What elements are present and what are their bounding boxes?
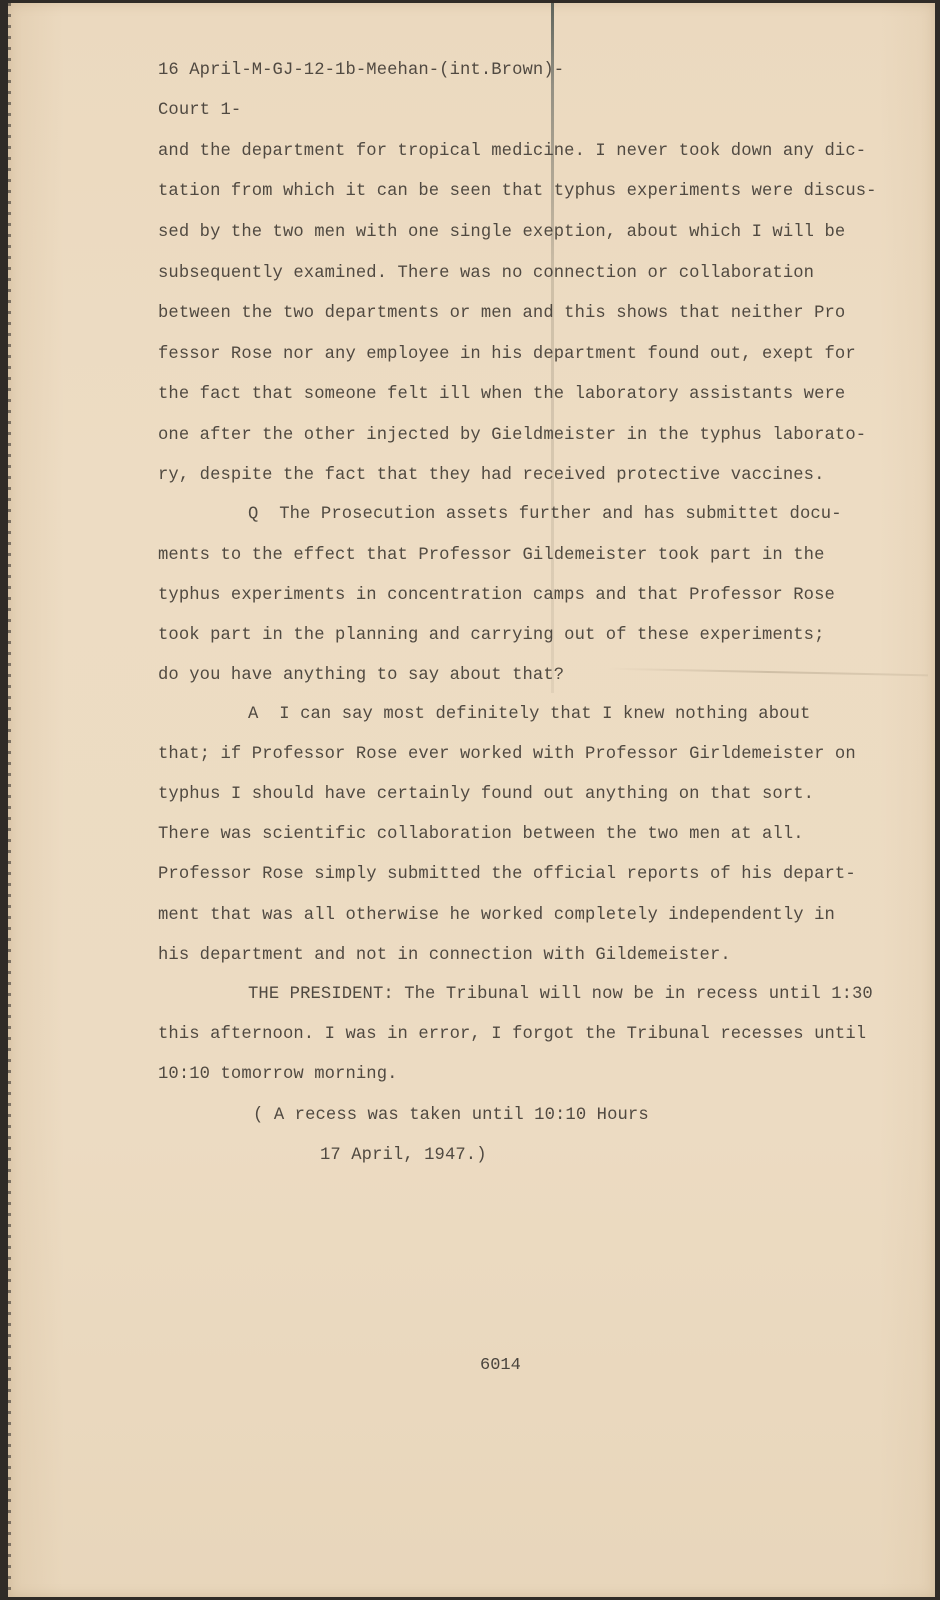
president-line: THE PRESIDENT: The Tribunal will now be … bbox=[158, 985, 873, 1004]
paper-crease bbox=[608, 668, 928, 677]
question-line: typhus experiments in concentration camp… bbox=[158, 586, 835, 605]
recess-note-date: 17 April, 1947.) bbox=[158, 1146, 487, 1165]
page-number: 6014 bbox=[480, 1356, 521, 1375]
body-line: and the department for tropical medicine… bbox=[158, 142, 866, 161]
header-line: 16 April-M-GJ-12-1b-Meehan-(int.Brown)- bbox=[158, 61, 564, 80]
scanned-page: 16 April-M-GJ-12-1b-Meehan-(int.Brown)- … bbox=[0, 0, 940, 1600]
body-line: between the two departments or men and t… bbox=[158, 304, 845, 323]
president-line: 10:10 tomorrow morning. bbox=[158, 1065, 398, 1084]
body-line: tation from which it can be seen that ty… bbox=[158, 182, 877, 201]
recess-note-line: ( A recess was taken until 10:10 Hours bbox=[158, 1106, 649, 1125]
answer-line: typhus I should have certainly found out… bbox=[158, 785, 814, 804]
body-line: one after the other injected by Gieldmei… bbox=[158, 426, 866, 445]
answer-line: his department and not in connection wit… bbox=[158, 946, 731, 965]
question-line: Q The Prosecution assets further and has… bbox=[158, 505, 842, 524]
body-line: fessor Rose nor any employee in his depa… bbox=[158, 345, 856, 364]
body-line: the fact that someone felt ill when the … bbox=[158, 385, 845, 404]
answer-line: A I can say most definitely that I knew … bbox=[158, 705, 810, 724]
president-line: this afternoon. I was in error, I forgot… bbox=[158, 1025, 866, 1044]
body-line: subsequently examined. There was no conn… bbox=[158, 264, 814, 283]
body-line: sed by the two men with one single exept… bbox=[158, 223, 845, 242]
court-line: Court 1- bbox=[158, 101, 241, 120]
question-line: took part in the planning and carrying o… bbox=[158, 626, 825, 645]
question-line: do you have anything to say about that? bbox=[158, 666, 564, 685]
answer-line: Professor Rose simply submitted the offi… bbox=[158, 865, 856, 884]
question-line: ments to the effect that Professor Gilde… bbox=[158, 546, 825, 565]
answer-line: ment that was all otherwise he worked co… bbox=[158, 906, 835, 925]
body-line: ry, despite the fact that they had recei… bbox=[158, 466, 825, 485]
typed-transcript: 16 April-M-GJ-12-1b-Meehan-(int.Brown)- … bbox=[158, 3, 878, 668]
answer-line: There was scientific collaboration betwe… bbox=[158, 825, 804, 844]
answer-line: that; if Professor Rose ever worked with… bbox=[158, 745, 856, 764]
paper-sheet: 16 April-M-GJ-12-1b-Meehan-(int.Brown)- … bbox=[8, 3, 935, 1597]
